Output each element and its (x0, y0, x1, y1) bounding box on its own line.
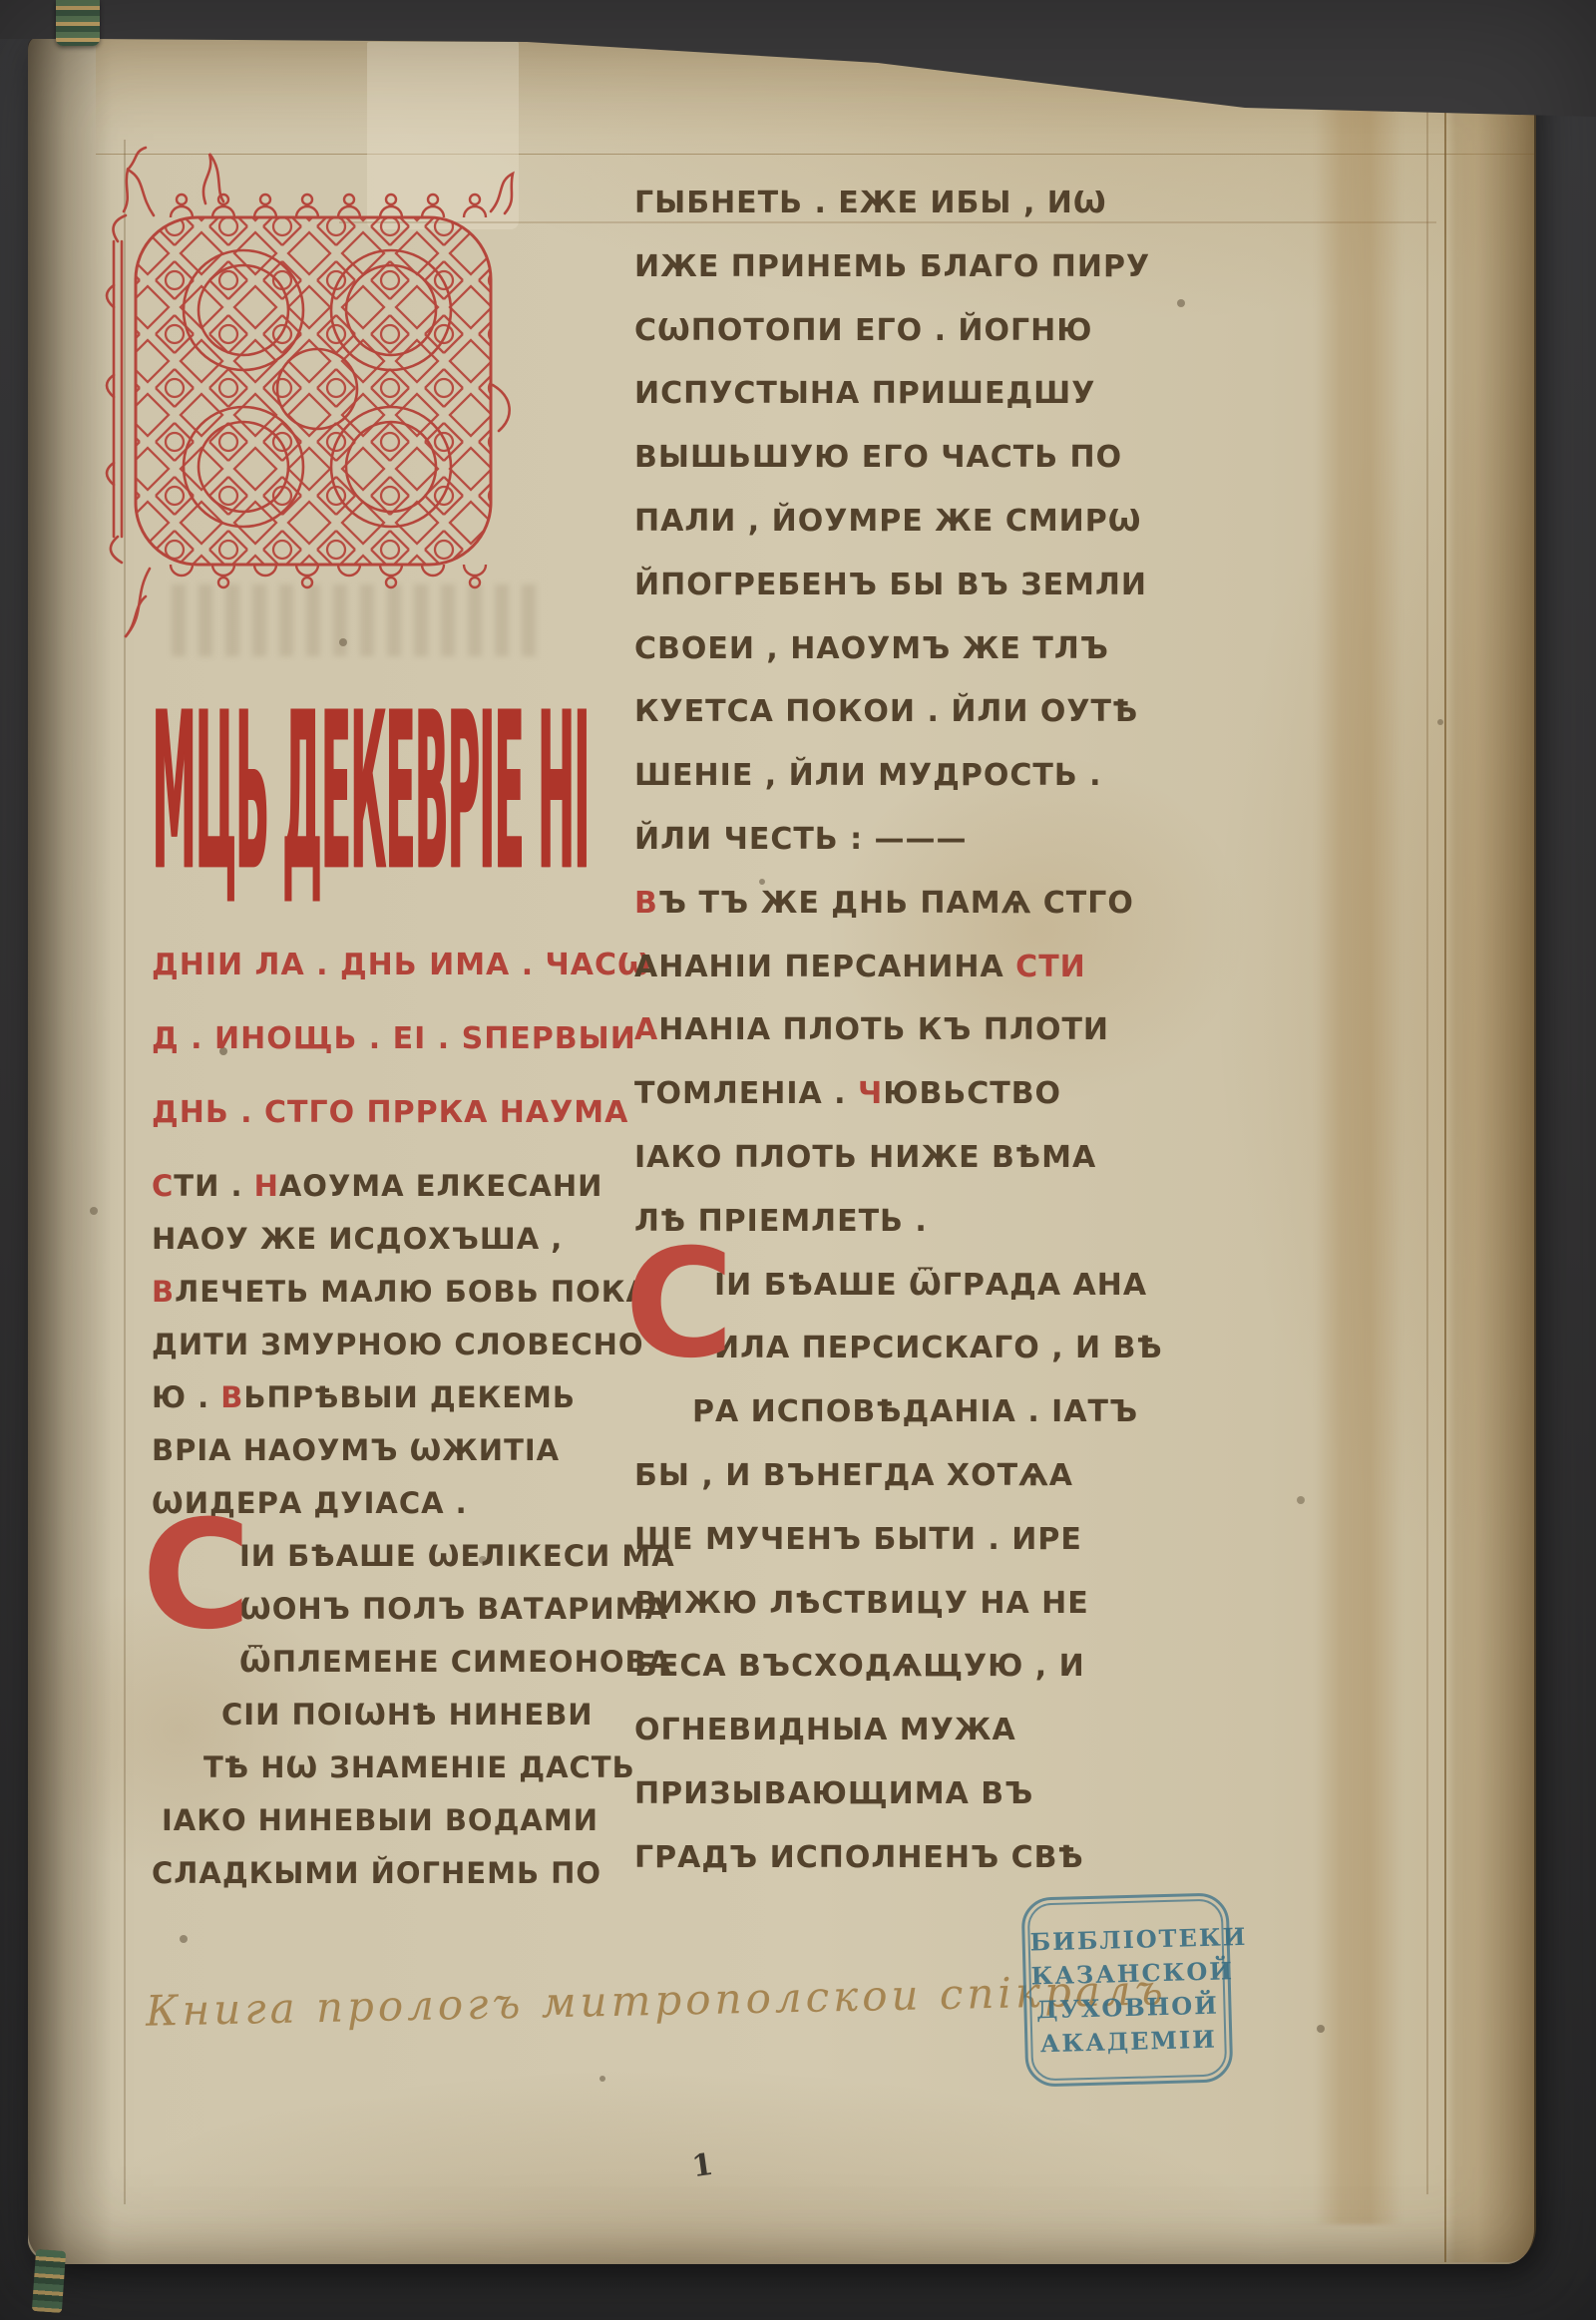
large-initial: С (624, 1250, 735, 1359)
ink-text: СѠПОТОПИ ЕГО . ЙОГНЮ (634, 313, 1092, 348)
ink-text: ВЫШЬШУЮ ЕГО ЧАСТЬ ПО (634, 440, 1122, 475)
text-line: ШЕНІЕ , ЙЛИ МУДРОСТЬ . (634, 758, 1107, 822)
ink-text: ШЕ МУЧЕНЪ БЫТИ . ИРЕ (634, 1522, 1082, 1557)
interlace-headpiece-ornament (94, 146, 525, 652)
ink-text: ІАКО НИНЕВЫИ ВОДАМИ (162, 1803, 598, 1837)
ink-text: ПАЛИ , ЙОУМРЕ ЖЕ СМИРѠ (634, 504, 1142, 539)
ink-text: СІИ ПОІѠНѢ НИНЕВИ (221, 1698, 594, 1732)
rubricated-text: В (220, 1380, 243, 1414)
rubricated-text: С (152, 1169, 174, 1203)
rubricated-text: В (152, 1275, 175, 1309)
rubricated-text: А (634, 1012, 658, 1047)
ink-text: ІИ БѢАШЕ ѠЕЛІКЕСИ МА (239, 1539, 675, 1573)
rubricated-text: ДНІИ ЛА . ДНЬ ИМА . ЧАСѠ (152, 948, 651, 982)
text-line: ВРІА НАОУМЪ ѠЖИТІА (152, 1433, 630, 1486)
ink-text: НАОУ ЖЕ ИСДОХЪША , (152, 1222, 563, 1256)
stamp-text-line: КАЗАНСКОЙ (1030, 1956, 1223, 1990)
text-column-left: СТИ . НАОУМА ЕЛКЕСАНИНАОУ ЖЕ ИСДОХЪША ,В… (152, 1169, 630, 1909)
ink-text: ЬПРѢВЫИ ДЕКЕМЬ (243, 1380, 576, 1414)
ink-text: ПРИЗЫВАЮЩИМА ВЪ (634, 1776, 1033, 1811)
text-line: Ю . ВЬПРѢВЫИ ДЕКЕМЬ (152, 1380, 630, 1433)
text-line: КУЕТСА ПОКОИ . ЙЛИ ОУТѢ (634, 694, 1107, 758)
ink-text: ШЕНІЕ , ЙЛИ МУДРОСТЬ . (634, 758, 1102, 793)
ink-text: БЕСА ВЪСХОДѦЩУЮ , И (634, 1649, 1085, 1684)
stamp-text-line: АКАДЕМІИ (1032, 2024, 1225, 2058)
vyaz-title-text: МЦЬ ДЕКЕВРІЕ НІ (152, 666, 589, 920)
text-line: РА ИСПОВѢДАНІА . ІАТЪ (634, 1394, 1107, 1458)
manuscript-photo: МЦЬ ДЕКЕВРІЕ НІ ДНІИ ЛА . ДНЬ ИМА . ЧАСѠ… (0, 0, 1596, 2320)
text-line: БЕСА ВЪСХОДѦЩУЮ , И (634, 1649, 1107, 1713)
text-line: ИЖЕ ПРИНЕМЬ БЛАГО ПИРУ (634, 249, 1107, 313)
text-line: ТОМЛЕНІА . ЧЮВЬСТВО (634, 1076, 1107, 1140)
text-line: ТѢ НѠ ЗНАМЕНІЕ ДАСТЬ (152, 1750, 630, 1803)
rubricated-text: Д . ИНОЩЬ . ЕІ . ЅПЕРВЫИ (152, 1021, 636, 1056)
ink-text: ВИЖЮ ЛѢСТВИЦУ НА НЕ (634, 1586, 1089, 1621)
ink-text: АНАНІИ ПЕРСАНИНА (634, 950, 1015, 984)
library-stamp-border: БИБЛІОТЕКИКАЗАНСКОЙДУХОВНОЙАКАДЕМІИ (1027, 1898, 1228, 2081)
ink-text: ІАКО ПЛОТЬ НИЖЕ ВѢМА (634, 1140, 1096, 1175)
text-line: ИСПУСТЫНА ПРИШЕДШУ (634, 376, 1107, 440)
ink-text: ЛЕЧЕТЬ МАЛЮ БОВЬ ПОКА (175, 1275, 649, 1309)
text-line: ОГНЕВИДНЫА МУЖА (634, 1713, 1107, 1776)
text-line: Д . ИНОЩЬ . ЕІ . ЅПЕРВЫИ (152, 1021, 630, 1095)
ink-text: ВРІА НАОУМЪ ѠЖИТІА (152, 1433, 560, 1467)
text-line: ВЛЕЧЕТЬ МАЛЮ БОВЬ ПОКА (152, 1275, 630, 1328)
text-line: АНАНІИ ПЕРСАНИНА СТИ (634, 950, 1107, 1013)
text-line: БЫ , И ВЪНЕГДА ХОТѦА (634, 1458, 1107, 1522)
ink-text: ИСПУСТЫНА ПРИШЕДШУ (634, 376, 1095, 411)
ink-text: ТѢ НѠ ЗНАМЕНІЕ ДАСТЬ (203, 1750, 635, 1784)
ink-text: ТОМЛЕНІА . (634, 1076, 858, 1111)
text-line: СІИ ПОІѠНѢ НИНЕВИ (152, 1698, 630, 1750)
text-column-right: ГЫБНЕТЬ . ЕЖЕ ИБЫ , ИѠИЖЕ ПРИНЕМЬ БЛАГО … (634, 186, 1107, 1904)
ink-text: ѾПЛЕМЕНЕ СИМЕОНОВА (239, 1645, 671, 1679)
ink-text: БЫ , И ВЪНЕГДА ХОТѦА (634, 1458, 1073, 1493)
ink-text: КУЕТСА ПОКОИ . ЙЛИ ОУТѢ (634, 694, 1138, 729)
text-line: ПАЛИ , ЙОУМРЕ ЖЕ СМИРѠ (634, 504, 1107, 568)
rubricated-text: В (634, 886, 658, 921)
text-line: СВОЕИ , НАОУМЪ ЖЕ ТЛЪ (634, 631, 1107, 695)
water-stain-strip (1315, 60, 1402, 2224)
ink-text: ѠОНЪ ПОЛЪ ВАТАРИМА (239, 1592, 668, 1626)
ink-text: Ю . (152, 1380, 220, 1414)
ink-text: ОГНЕВИДНЫА МУЖА (634, 1713, 1016, 1747)
ink-text: Ъ ТЪ ЖЕ ДНЬ ПАМѦ СТГО (658, 886, 1134, 921)
book-fore-edge (1444, 40, 1536, 2262)
ink-text: ЙЛИ ЧЕСТЬ : ——— (634, 822, 968, 857)
rubricated-text: Н (254, 1169, 279, 1203)
library-stamp: БИБЛІОТЕКИКАЗАНСКОЙДУХОВНОЙАКАДЕМІИ (1021, 1892, 1234, 2087)
text-line: ДНЬ . СТГО ПРРКА НАУМА (152, 1095, 630, 1169)
text-line: ГРАДЪ ИСПОЛНЕНЪ СВѢ (634, 1840, 1107, 1904)
rubricated-text: Ч (858, 1076, 883, 1111)
ink-text: СЛАДКЫМИ ЙОГНЕМЬ ПО (152, 1856, 601, 1890)
text-line: ДНІИ ЛА . ДНЬ ИМА . ЧАСѠ (152, 948, 630, 1021)
ink-text: ГРАДЪ ИСПОЛНЕНЪ СВѢ (634, 1840, 1084, 1875)
text-line: ПРИЗЫВАЮЩИМА ВЪ (634, 1776, 1107, 1840)
rubricated-text: ДНЬ . СТГО ПРРКА НАУМА (152, 1095, 628, 1130)
ink-text: ИЖЕ ПРИНЕМЬ БЛАГО ПИРУ (634, 249, 1150, 284)
rubric-lines: ДНІИ ЛА . ДНЬ ИМА . ЧАСѠД . ИНОЩЬ . ЕІ .… (152, 948, 630, 1169)
text-line: СѠПОТОПИ ЕГО . ЙОГНЮ (634, 313, 1107, 377)
ink-text: ЙПОГРЕБЕНЪ БЫ ВЪ ЗЕМЛИ (634, 568, 1147, 602)
text-line: ЙЛИ ЧЕСТЬ : ——— (634, 822, 1107, 886)
ink-text: ЮВЬСТВО (883, 1076, 1061, 1111)
ink-specks (0, 0, 4, 4)
text-line: ШЕ МУЧЕНЪ БЫТИ . ИРЕ (634, 1522, 1107, 1586)
ink-text: ГЫБНЕТЬ . ЕЖЕ ИБЫ , ИѠ (634, 186, 1107, 220)
stamp-text-line: ДУХОВНОЙ (1031, 1990, 1224, 2024)
ink-text: АОУМА ЕЛКЕСАНИ (279, 1169, 603, 1203)
text-line: ВЫШЬШУЮ ЕГО ЧАСТЬ ПО (634, 440, 1107, 504)
ink-text: ТИ . (174, 1169, 253, 1203)
text-line: НАОУ ЖЕ ИСДОХЪША , (152, 1222, 630, 1275)
stamp-text-line: БИБЛІОТЕКИ (1029, 1922, 1222, 1956)
ink-text: РА ИСПОВѢДАНІА . ІАТЪ (692, 1394, 1138, 1429)
endband-top (56, 0, 100, 46)
text-line: СТИ . НАОУМА ЕЛКЕСАНИ (152, 1169, 630, 1222)
text-line: ВЪ ТЪ ЖЕ ДНЬ ПАМѦ СТГО (634, 886, 1107, 950)
text-line: ІАКО НИНЕВЫИ ВОДАМИ (152, 1803, 630, 1856)
text-line: ЙПОГРЕБЕНЪ БЫ ВЪ ЗЕМЛИ (634, 568, 1107, 631)
text-line: ВИЖЮ ЛѢСТВИЦУ НА НЕ (634, 1586, 1107, 1650)
text-line: ДИТИ ЗМУРНОЮ СЛОВЕСНО (152, 1328, 630, 1380)
text-line: АНАНІА ПЛОТЬ КЪ ПЛОТИ (634, 1012, 1107, 1076)
ink-text: ДИТИ ЗМУРНОЮ СЛОВЕСНО (152, 1328, 644, 1361)
text-line: ГЫБНЕТЬ . ЕЖЕ ИБЫ , ИѠ (634, 186, 1107, 249)
text-line: СЛАДКЫМИ ЙОГНЕМЬ ПО (152, 1856, 630, 1909)
page-edge-line (1426, 70, 1428, 2194)
ink-text: ИЛА ПЕРСИСКАГО , И ВѢ (714, 1331, 1163, 1365)
ink-text: НАНІА ПЛОТЬ КЪ ПЛОТИ (658, 1012, 1109, 1047)
large-initial: С (142, 1521, 252, 1631)
ink-text: СВОЕИ , НАОУМЪ ЖЕ ТЛЪ (634, 631, 1109, 666)
ink-text: ІИ БѢАШЕ ѾГРАДА АНА (714, 1268, 1147, 1303)
text-line: ІАКО ПЛОТЬ НИЖЕ ВѢМА (634, 1140, 1107, 1204)
rubricated-text: СТИ (1015, 950, 1086, 984)
endband-bottom (32, 2249, 66, 2313)
